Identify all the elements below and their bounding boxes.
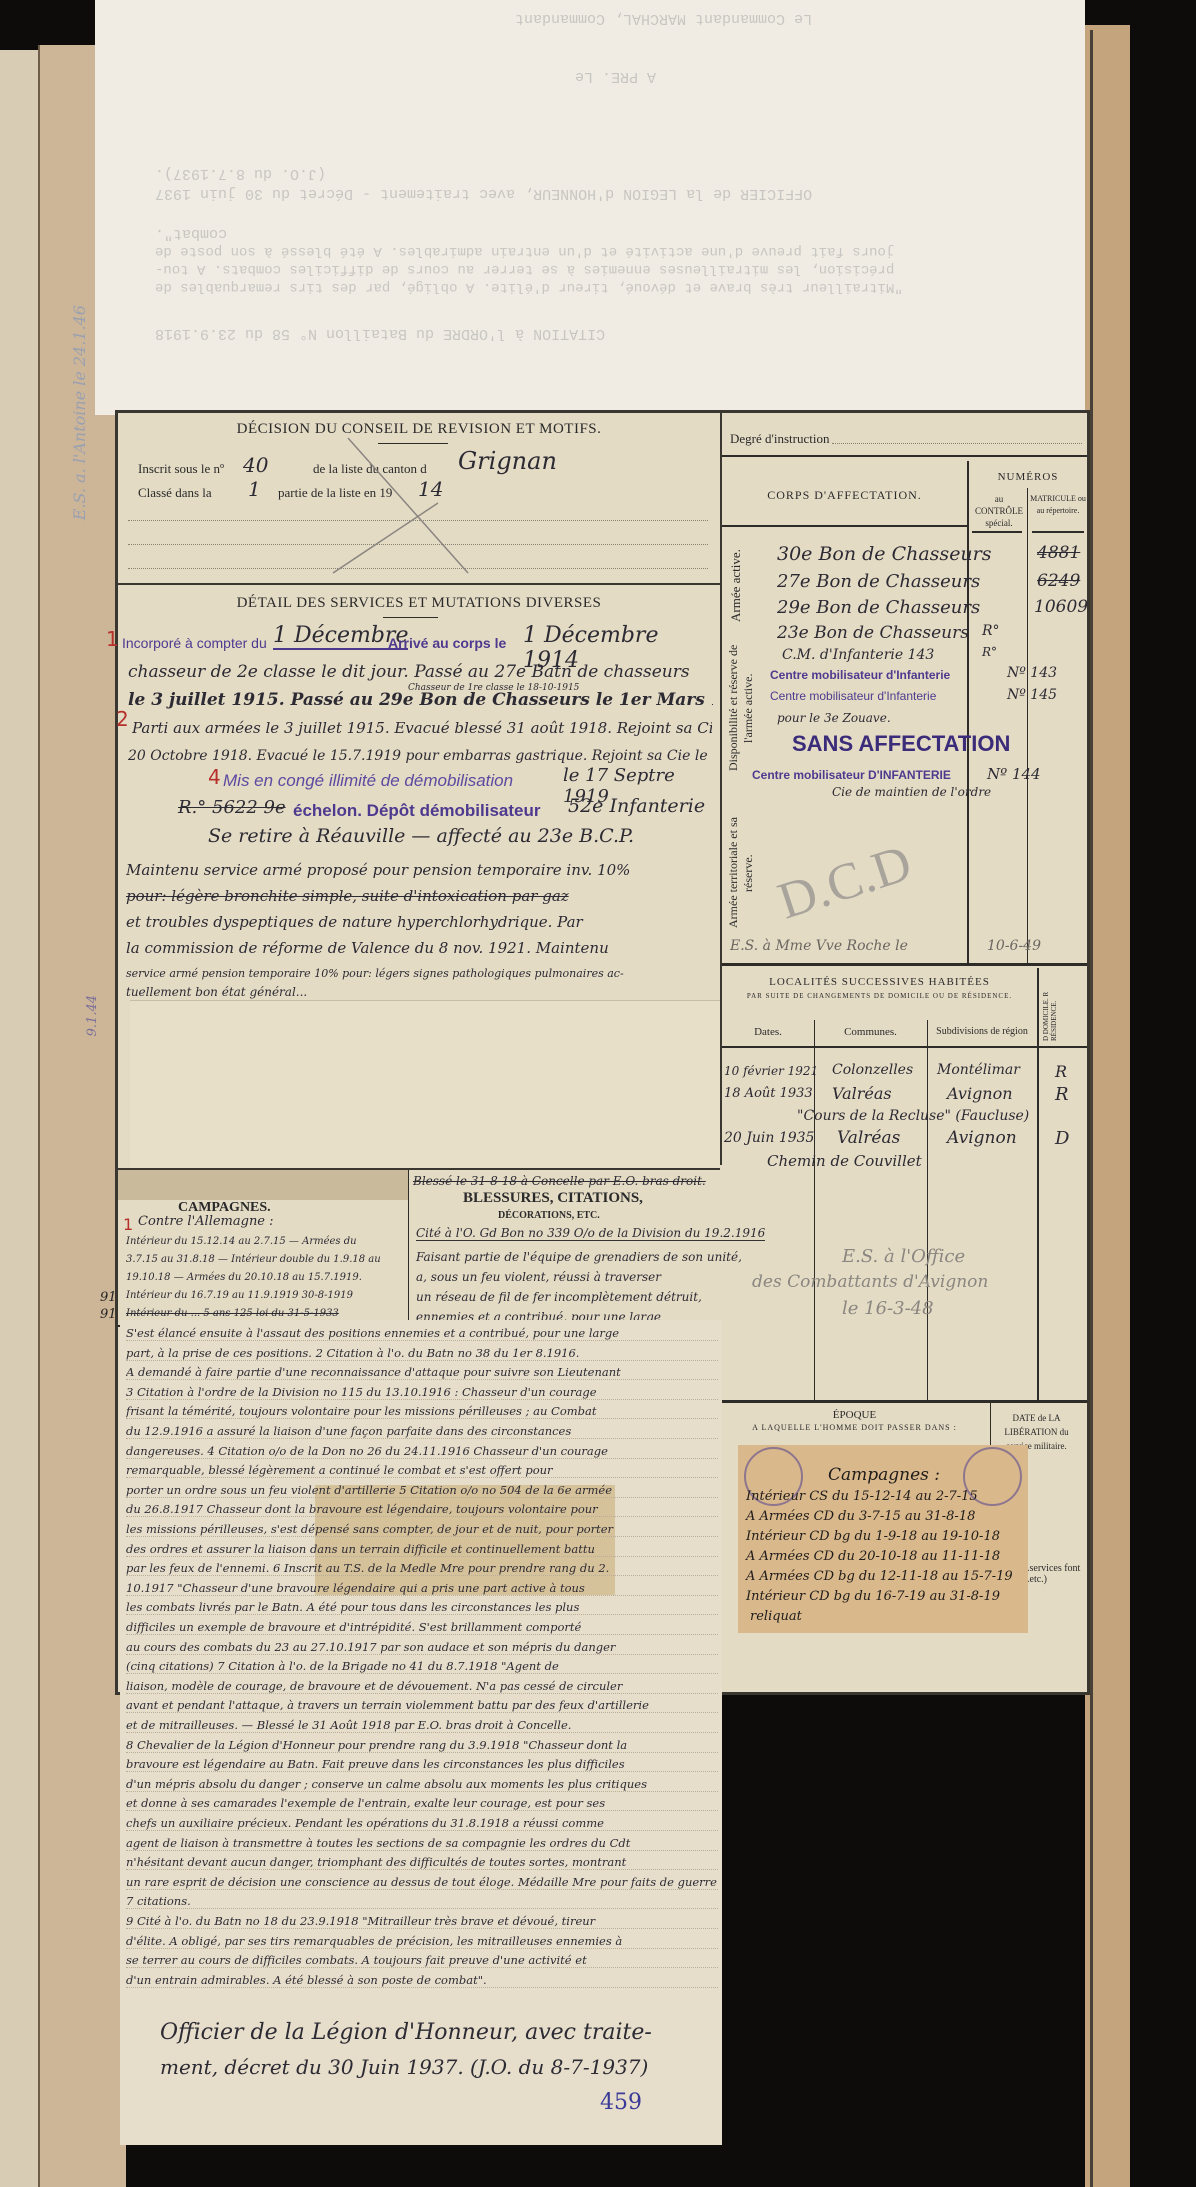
slip-row: Intérieur CD bg du 16-7-19 au 31-8-19	[746, 1589, 1000, 1604]
territoriale-label: Armée territoriale et sa réserve.	[726, 813, 756, 933]
epoque-title: ÉPOQUE	[722, 1409, 987, 1421]
affectation-section: Degré d'instruction CORPS D'AFFECTATION.…	[722, 413, 1087, 968]
col-dates: Dates.	[722, 1026, 814, 1038]
epoque-subtitle: A LAQUELLE L'HOMME DOIT PASSER DANS :	[722, 1423, 987, 1432]
arrive-stamp: Arrivé au corps le	[388, 635, 506, 651]
narrative-line: un rare esprit de décision une conscienc…	[126, 1875, 718, 1890]
disponibilite-label: Disponibilité et réserve de l'armée acti…	[726, 633, 756, 783]
es-note: E.S. à Mme Vve Roche le	[730, 938, 908, 954]
inscrit-value: 40	[243, 453, 268, 477]
corps-row: 30e Bon de Chasseurs	[777, 543, 992, 565]
pencil-note: le 16-3-48	[842, 1298, 934, 1319]
narrative-line: A demandé à faire partie d'une reconnais…	[126, 1365, 718, 1380]
bleed-line: CITATION à l'ORDRE du Bataillon N° 58 du…	[155, 325, 605, 342]
narrative-line: d'élite. A obligé, par ses tirs remarqua…	[126, 1934, 718, 1949]
campagne-line: Intérieur du 15.12.14 au 2.7.15 — Armées…	[126, 1236, 357, 1247]
narrative-line: avant et pendant l'attaque, à travers un…	[126, 1698, 718, 1713]
controle-value: R°	[982, 645, 997, 659]
narrative-line: chefs un auxiliaire précieux. Pendant le…	[126, 1816, 718, 1831]
citation-line: a, sous un feu violent, réussi à travers…	[416, 1270, 661, 1284]
cm-143-number: Nº 143	[1007, 665, 1057, 681]
margin-number: 1	[123, 1215, 133, 1234]
narrative-line: les missions périlleuses, s'est dépensé …	[126, 1522, 718, 1537]
maintien-note: Cie de maintien de l'ordre	[832, 785, 991, 799]
services-title: DÉTAIL DES SERVICES ET MUTATIONS DIVERSE…	[118, 595, 720, 612]
bleed-line: (J.O. du 8.7.1937).	[155, 165, 326, 182]
narrative-line: du 26.8.1917 Chasseur dont la bravoure e…	[126, 1502, 718, 1517]
blessure-top-note: Blessé le 31-8-18 à Concelle par E.O. br…	[413, 1174, 706, 1188]
narrative-line: par les feux de l'ennemi. 6 Inscrit au T…	[126, 1561, 718, 1576]
narrative-line: se terrer au cours de difficiles combats…	[126, 1953, 718, 1968]
bleed-line: Le Commandant MARCHAL, Commandant	[515, 10, 812, 27]
cross-mark-icon	[288, 433, 488, 578]
bleed-line: "Mitrailleur très brave et dévoué, tireu…	[155, 279, 903, 295]
narrative-line: bravoure est légendaire au Batn. Fait pr…	[126, 1757, 718, 1772]
margin-number: 2	[116, 707, 129, 731]
narrative-line: (cinq citations) 7 Citation à l'o. de la…	[126, 1659, 718, 1674]
col-subdivisions: Subdivisions de région	[927, 1026, 1037, 1037]
localite-commune: "Cours de la Recluse" (Faucluse)	[797, 1108, 1029, 1124]
cm-143-stamp: Centre mobilisateur d'Infanterie	[770, 668, 950, 682]
left-binder-edge	[0, 50, 38, 2187]
narrative-line: porter un ordre sous un feu violent d'ar…	[126, 1483, 718, 1498]
campagne-line: Intérieur du ... 5 ans 125 loi du 31-5-1…	[126, 1308, 339, 1319]
bleed-line: précision, les mitrailleuses ennemies à …	[155, 261, 894, 277]
campagnes-slip: Campagnes : Intérieur CS du 15-12-14 au …	[738, 1445, 1028, 1633]
corps-row: 29e Bon de Chasseurs	[777, 597, 980, 618]
dcd-stamp: D.C.D	[771, 833, 918, 931]
divider	[972, 531, 1022, 533]
armee-active-label: Armée active.	[728, 538, 743, 633]
narrative-line: frisant la témérité, toujours volontaire…	[126, 1404, 718, 1419]
col-divider	[408, 1170, 409, 1325]
localite-date: 10 février 1921	[724, 1064, 818, 1078]
classe-label: Classé dans la	[138, 485, 212, 501]
dr-header: D DOMICILE. R RÉSIDENCE.	[1042, 976, 1058, 1041]
narrative-line: 9 Cité à l'o. du Batn no 18 du 23.9.1918…	[126, 1914, 718, 1929]
col-divider	[927, 1020, 928, 1403]
dotted-line	[832, 443, 1082, 444]
slip-title: Campagnes :	[828, 1465, 940, 1485]
top-typed-sheet: Le Commandant MARCHAL, Commandant A PRE.…	[95, 0, 1085, 415]
narrative-line: difficiles un exemple de bravoure et d'i…	[126, 1620, 718, 1635]
es-date: 10-6-49	[987, 938, 1041, 954]
narrative-line: des ordres et assurer la liaison dans un…	[126, 1542, 718, 1557]
pencil-note: E.S. à l'Office	[842, 1246, 965, 1267]
cm-145-stamp: Centre mobilisateur d'Infanterie	[770, 689, 936, 703]
corps-row: 27e Bon de Chasseurs	[777, 571, 980, 592]
narrative-line: 8 Chevalier de la Légion d'Honneur pour …	[126, 1738, 718, 1753]
divider	[722, 1046, 1087, 1048]
narrative-line: dangereuses. 4 Citation o/o de la Don no…	[126, 1444, 718, 1459]
sans-affectation-stamp: SANS AFFECTATION	[792, 731, 1010, 757]
col-divider	[967, 461, 969, 966]
narrative-line: part, à la prise de ces positions. 2 Cit…	[126, 1346, 718, 1361]
narrative-line: agent de liaison à transmettre à toutes …	[126, 1836, 718, 1851]
left-strip-note-2: 9.1.44	[85, 995, 100, 1036]
narrative-line: 7 citations.	[126, 1894, 718, 1909]
matricule-value: 6249	[1037, 571, 1080, 591]
localite-commune: Valréas	[837, 1128, 900, 1148]
localites-subtitle: PAR SUITE DE CHANGEMENTS DE DOMICILE OU …	[722, 992, 1037, 1000]
divider	[722, 963, 1087, 966]
tape-stain	[118, 1170, 408, 1200]
margin-number: 4	[208, 765, 221, 789]
service-line: Parti aux armées le 3 juillet 1915. Evac…	[132, 713, 712, 743]
campagne-line: Intérieur du 16.7.19 au 11.9.1919 30-8-1…	[126, 1290, 353, 1301]
localite-subdivision: Avignon	[947, 1084, 1013, 1103]
inscrit-label: Inscrit sous le nº	[138, 461, 224, 477]
divider	[383, 617, 438, 618]
degre-label: Degré d'instruction	[730, 431, 829, 447]
narrative-line: du 12.9.1916 a assuré la liaison d'une f…	[126, 1424, 718, 1439]
localite-commune: Colonzelles	[832, 1062, 913, 1078]
narrative-line: et de mitrailleuses. — Blessé le 31 Août…	[126, 1718, 718, 1733]
services-section: DÉTAIL DES SERVICES ET MUTATIONS DIVERSE…	[118, 585, 722, 1165]
localite-commune: Valréas	[832, 1084, 892, 1103]
localite-subdivision: Montélimar	[937, 1062, 1020, 1078]
citation-line: un réseau de fil de fer incomplètement d…	[416, 1290, 702, 1304]
pencil-note: des Combattants d'Avignon	[752, 1272, 988, 1292]
slip-row: A Armées CD du 20-10-18 au 11-11-18	[746, 1549, 1000, 1564]
echelon-prefix: R.° 5622 9e	[178, 797, 286, 818]
narrative-line: au cours des combats du 23 au 27.10.1917…	[126, 1640, 718, 1655]
officier-line: Officier de la Légion d'Honneur, avec tr…	[160, 2020, 652, 2045]
col-divider	[1027, 488, 1028, 966]
cm-144-number: Nº 144	[987, 765, 1041, 783]
campagne-line: Contre l'Allemagne :	[138, 1214, 274, 1229]
echelon-stamp: échelon. Dépôt démobilisateur	[293, 801, 541, 821]
matricule-value: 4881	[1037, 543, 1080, 563]
narrative-line: les combats livrés par le Batn. A été po…	[126, 1600, 718, 1615]
narrative-line: et donne à ses camarades l'exemple de l'…	[126, 1796, 718, 1811]
retire-line: Se retire à Réauville — affecté au 23e B…	[208, 825, 634, 847]
divider	[722, 525, 967, 527]
narrative-line: 10.1917 "Chasseur d'une bravoure légenda…	[126, 1581, 718, 1596]
classe-value: 1	[248, 477, 261, 501]
localites-section: LOCALITÉS SUCCESSIVES HABITÉES PAR SUITE…	[722, 968, 1087, 1403]
conge-stamp: Mis en congé illimité de démobilisation	[223, 771, 513, 791]
slip-row: A Armées CD bg du 12-11-18 au 15-7-19	[746, 1569, 1013, 1584]
margin-number: 1	[106, 627, 119, 651]
pour-zouave: pour le 3e Zouave.	[777, 711, 891, 725]
matricule-value: 10609	[1034, 597, 1088, 617]
controle-value: R°	[982, 623, 1000, 639]
col-divider	[1037, 968, 1039, 1403]
cm-145-number: Nº 145	[1007, 687, 1057, 703]
numeros-header: NUMÉROS	[969, 471, 1087, 483]
slip-row: reliquat	[750, 1609, 802, 1624]
service-annotation: Chasseur de 1re classe le 18-10-1915	[408, 683, 579, 693]
bleed-line: A PRE. Le	[575, 68, 656, 85]
reserve-row: 23e Bon de Chasseurs	[777, 623, 969, 643]
localite-dr: R	[1055, 1062, 1067, 1081]
bleed-line: jours fait preuve d'une activité et d'un…	[155, 243, 894, 259]
blessures-title: BLESSURES, CITATIONS,	[463, 1190, 643, 1207]
narrative-line: d'un entrain admirables. A été blessé à …	[126, 1973, 718, 1988]
incorpore-stamp: Incorporé à compter du	[122, 635, 267, 651]
pasted-blank-patch	[130, 1000, 720, 1169]
localite-dr: R	[1055, 1084, 1069, 1105]
localite-subdivision: Avignon	[947, 1128, 1017, 1148]
narrative-line: d'un mépris absolu du danger ; conserve …	[126, 1777, 718, 1792]
narrative-line: remarquable, blessé légèrement a continu…	[126, 1463, 718, 1478]
slip-row: A Armées CD du 3-7-15 au 31-8-18	[746, 1509, 975, 1524]
col-controle: au CONTRÔLE spécial.	[971, 493, 1027, 529]
echelon-value: 52e Infanterie	[568, 795, 705, 817]
col-communes: Communes.	[814, 1026, 927, 1038]
left-strip-note: E.S. a. l'Antoine le 24.1.46	[70, 305, 89, 520]
narrative-line: liaison, modèle de courage, de bravoure …	[126, 1679, 718, 1694]
slip-row: Intérieur CS du 15-12-14 au 2-7-15	[746, 1489, 978, 1504]
localite-date: 18 Août 1933	[724, 1086, 813, 1101]
narrative-line: n'hésitant devant aucun danger, triompha…	[126, 1855, 718, 1870]
localite-date: 20 Juin 1935	[724, 1130, 814, 1146]
narrative-line: S'est élancé ensuite à l'assaut des posi…	[126, 1326, 718, 1341]
col-matricule: MATRICULE ou au répertoire.	[1029, 493, 1087, 517]
localite-dr: D	[1055, 1128, 1069, 1149]
bleed-line: OFFICIER de la LEGION d'HONNEUR, avec tr…	[155, 185, 812, 202]
reserve-row: C.M. d'Infanterie 143	[782, 647, 934, 663]
page-number: 459	[600, 2090, 642, 2115]
divider	[1032, 531, 1084, 533]
conseil-revision-section: DÉCISION DU CONSEIL DE REVISION ET MOTIF…	[118, 413, 722, 585]
citation-head: Cité à l'O. Gd Bon no 339 O/o de la Divi…	[416, 1226, 765, 1241]
officier-line: ment, décret du 30 Juin 1937. (J.O. du 8…	[160, 2055, 648, 2079]
citation-line: Faisant partie de l'équipe de grenadiers…	[416, 1250, 742, 1264]
narrative-line: 3 Citation à l'ordre de la Division no 1…	[126, 1385, 718, 1400]
bleed-line: combat".	[155, 225, 227, 242]
right-cardboard-inner	[1090, 30, 1129, 2187]
localite-commune: Chemin de Couvillet	[767, 1152, 922, 1170]
citations-sheet: S'est élancé ensuite à l'assaut des posi…	[120, 1320, 722, 2145]
epoque-partial: ...services font ...etc.)	[1022, 1563, 1082, 1585]
cm-144-stamp: Centre mobilisateur D'INFANTERIE	[752, 768, 951, 782]
campagne-line: 3.7.15 au 31.8.18 — Intérieur double du …	[126, 1254, 381, 1265]
localites-title: LOCALITÉS SUCCESSIVES HABITÉES	[722, 976, 1037, 988]
divider	[722, 455, 1087, 457]
campagne-line: 19.10.18 — Armées du 20.10.18 au 15.7.19…	[126, 1272, 362, 1283]
corps-header: CORPS D'AFFECTATION.	[722, 488, 967, 503]
blessures-subtitle: DÉCORATIONS, ETC.	[498, 1210, 600, 1221]
slip-row: Intérieur CD bg du 1-9-18 au 19-10-18	[746, 1529, 1000, 1544]
